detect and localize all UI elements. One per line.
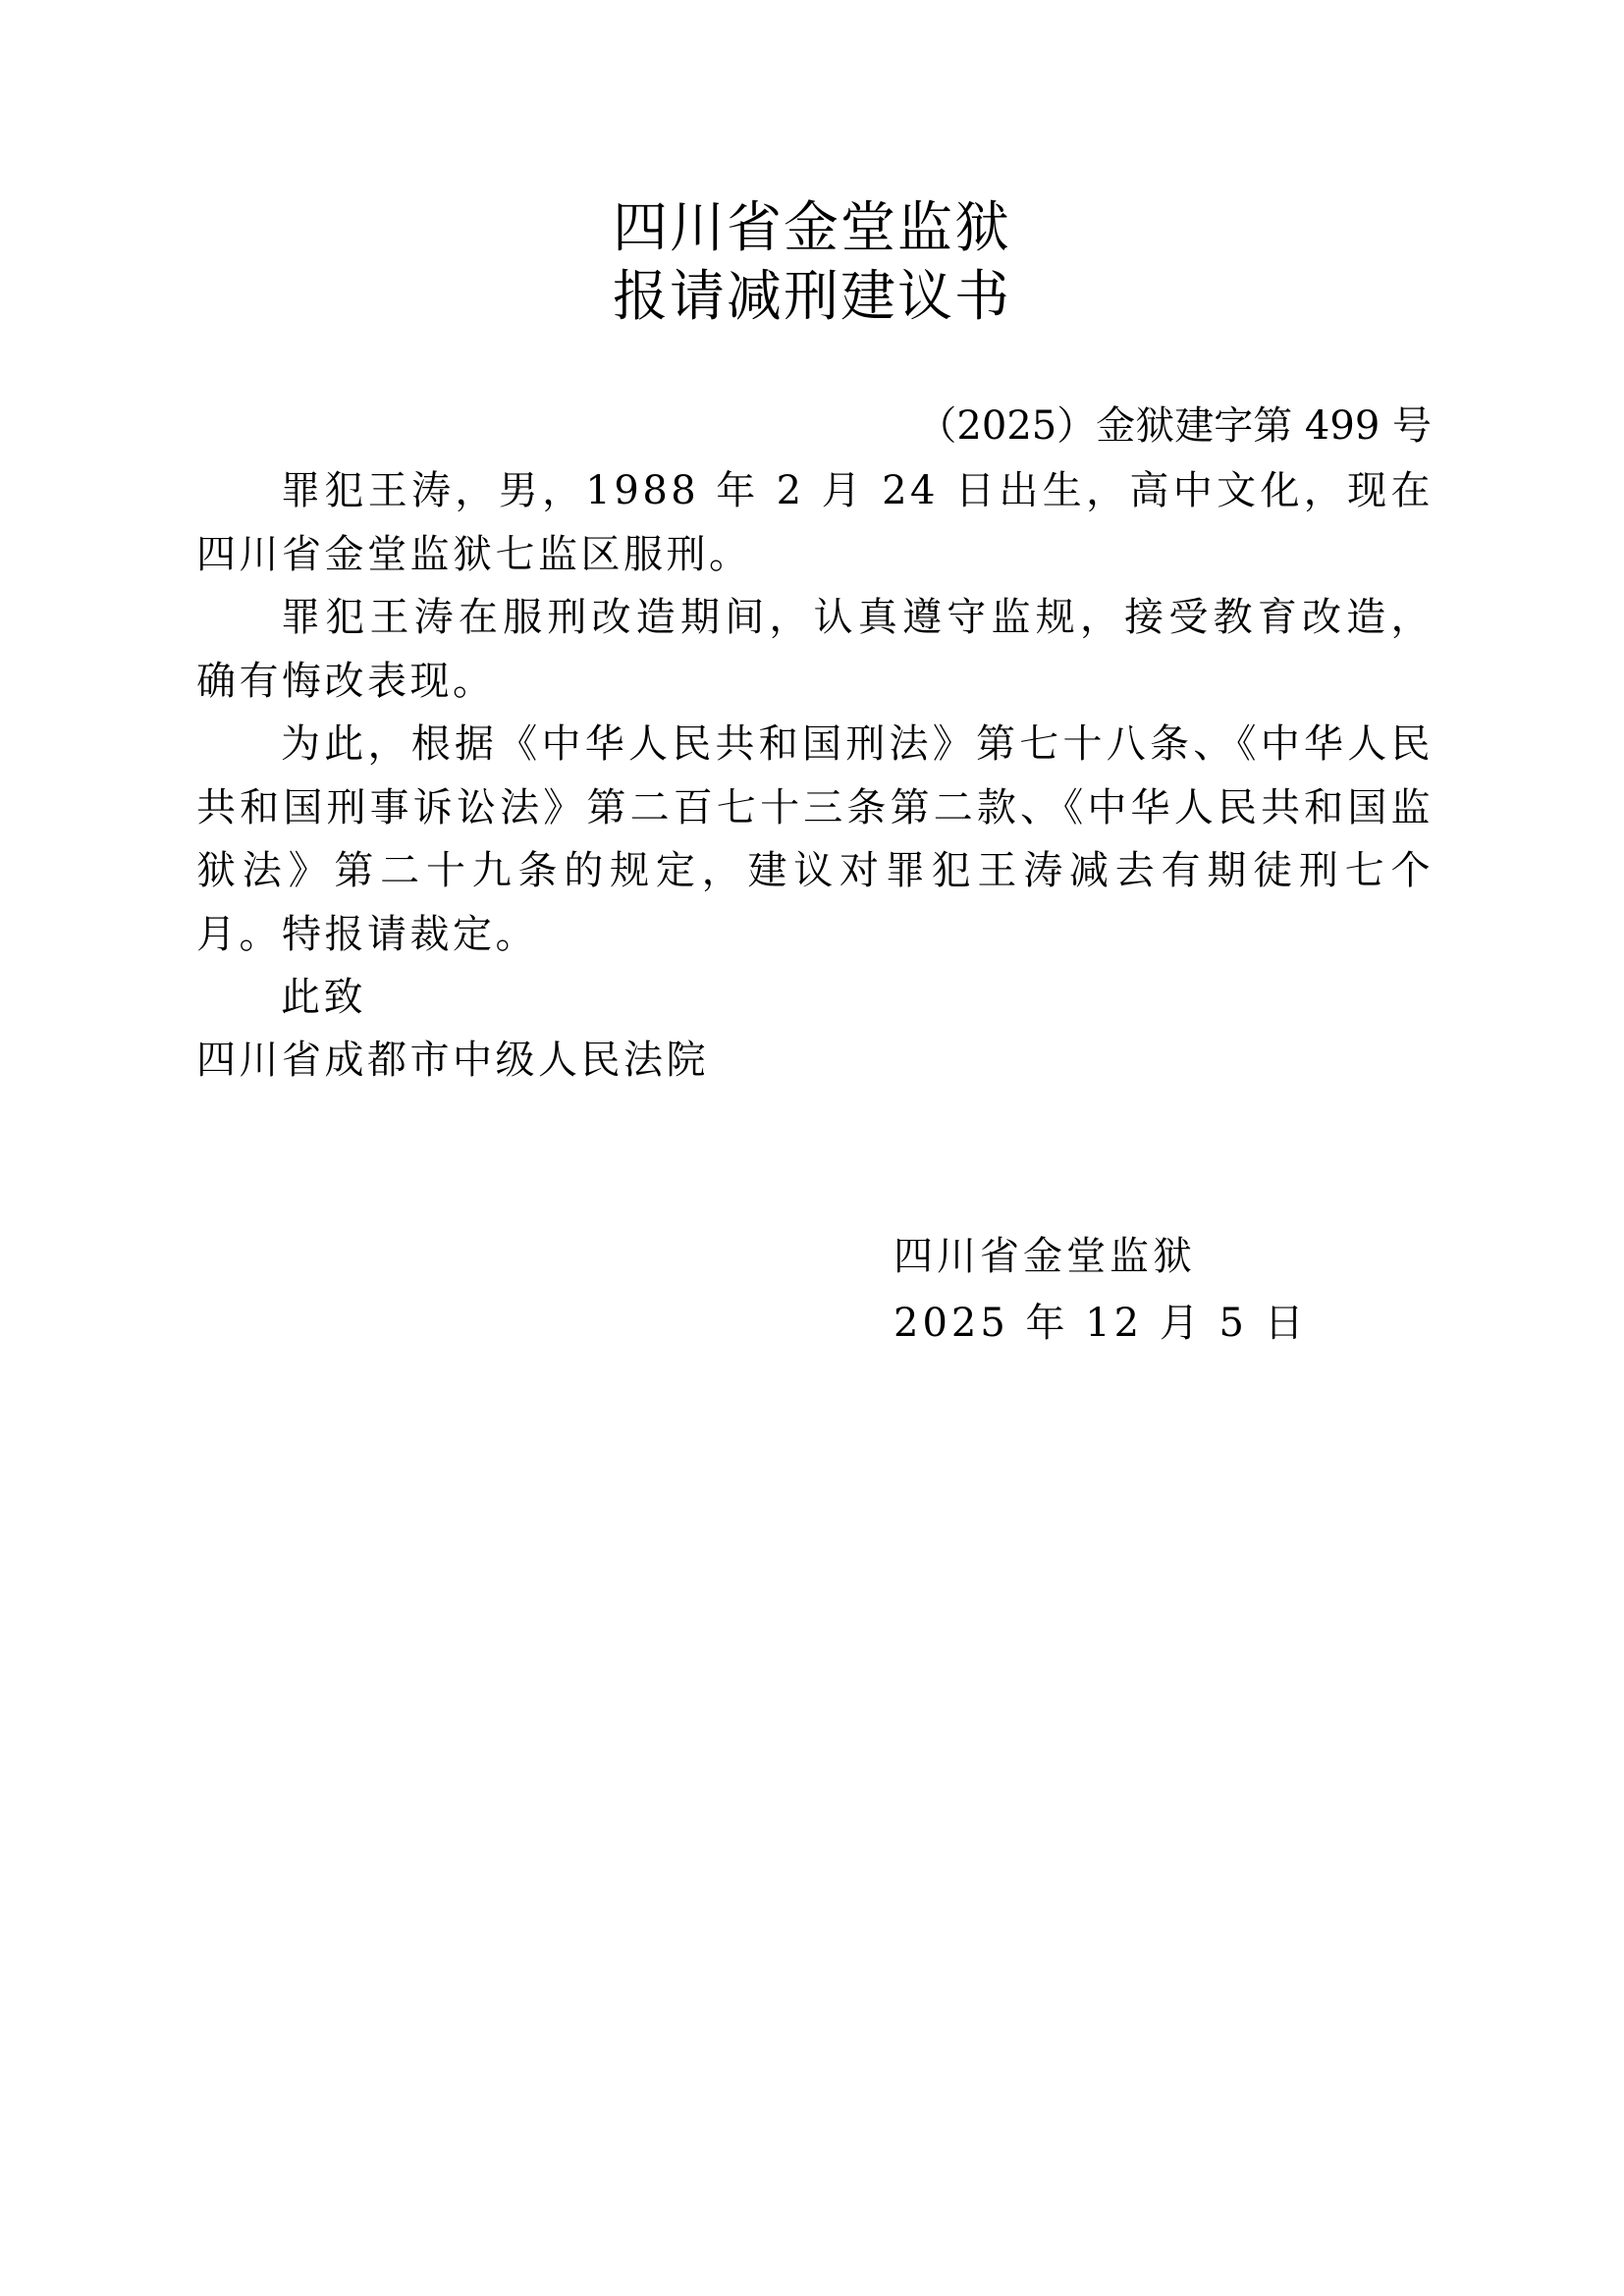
recipient-court: 四川省成都市中级人民法院 [196, 1029, 1434, 1093]
document-title-line2: 报请减刑建议书 [0, 263, 1624, 332]
paragraph-behavior: 罪犯王涛在服刑改造期间，认真遵守监规，接受教育改造，确有悔改表现。 [196, 586, 1434, 713]
closing-salutation: 此致 [196, 966, 1434, 1030]
paragraph-inmate-info: 罪犯王涛，男，1988 年 2 月 24 日出生，高中文化，现在四川省金堂监狱七… [196, 459, 1434, 586]
signature-organization: 四川省金堂监狱 [893, 1225, 1196, 1288]
signature-date: 2025 年 12 月 5 日 [893, 1292, 1308, 1355]
document-number: （2025）金狱建字第 499 号 [917, 399, 1432, 454]
document-title-line1: 四川省金堂监狱 [0, 194, 1624, 263]
paragraph-legal-basis: 为此，根据《中华人民共和国刑法》第七十八条、《中华人民共和国刑事诉讼法》第二百七… [196, 713, 1434, 966]
document-page: 四川省金堂监狱 报请减刑建议书 （2025）金狱建字第 499 号 罪犯王涛，男… [0, 0, 1624, 2296]
